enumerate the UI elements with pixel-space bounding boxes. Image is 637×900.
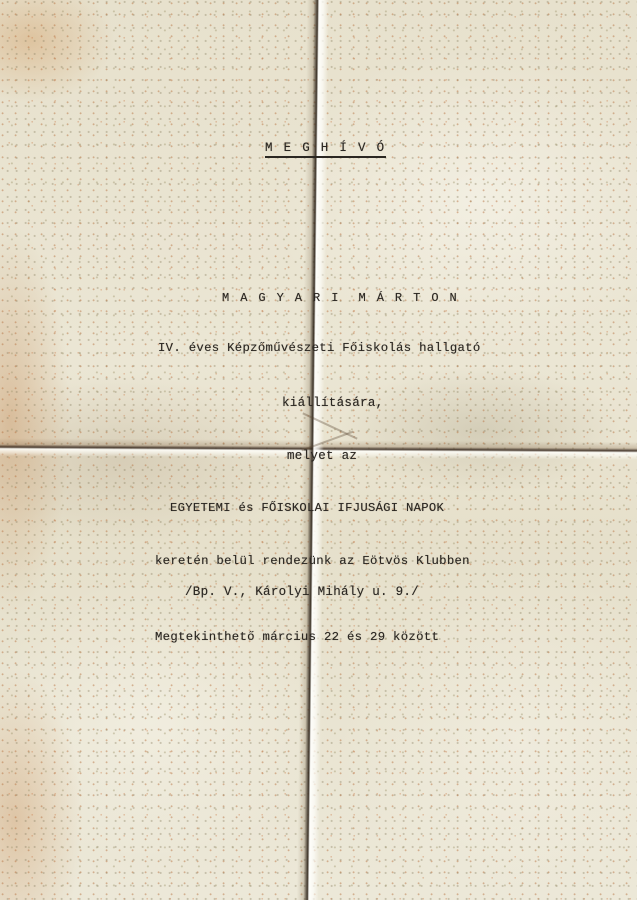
- exhibition-line: kiállítására,: [282, 396, 383, 410]
- address-line: /Bp. V., Károlyi Mihály u. 9./: [185, 585, 419, 599]
- venue-line: keretén belül rendezünk az Eötvös Klubbe…: [155, 554, 470, 568]
- dates-line: Megtekinthető március 22 és 29 között: [155, 630, 439, 644]
- artist-description: IV. éves Képzőművészeti Főiskolás hallga…: [158, 341, 481, 355]
- artist-name: M A G Y A R I M Á R T O N: [222, 291, 459, 305]
- crease-mark: [302, 412, 357, 439]
- connector-line: melyet az: [287, 449, 357, 463]
- document-title: M E G H Í V Ó: [265, 141, 386, 158]
- invitation-paper: M E G H Í V Ó M A G Y A R I M Á R T O N …: [0, 0, 637, 900]
- event-name: EGYETEMI és FŐISKOLAI IFJUSÁGI NAPOK: [170, 501, 444, 515]
